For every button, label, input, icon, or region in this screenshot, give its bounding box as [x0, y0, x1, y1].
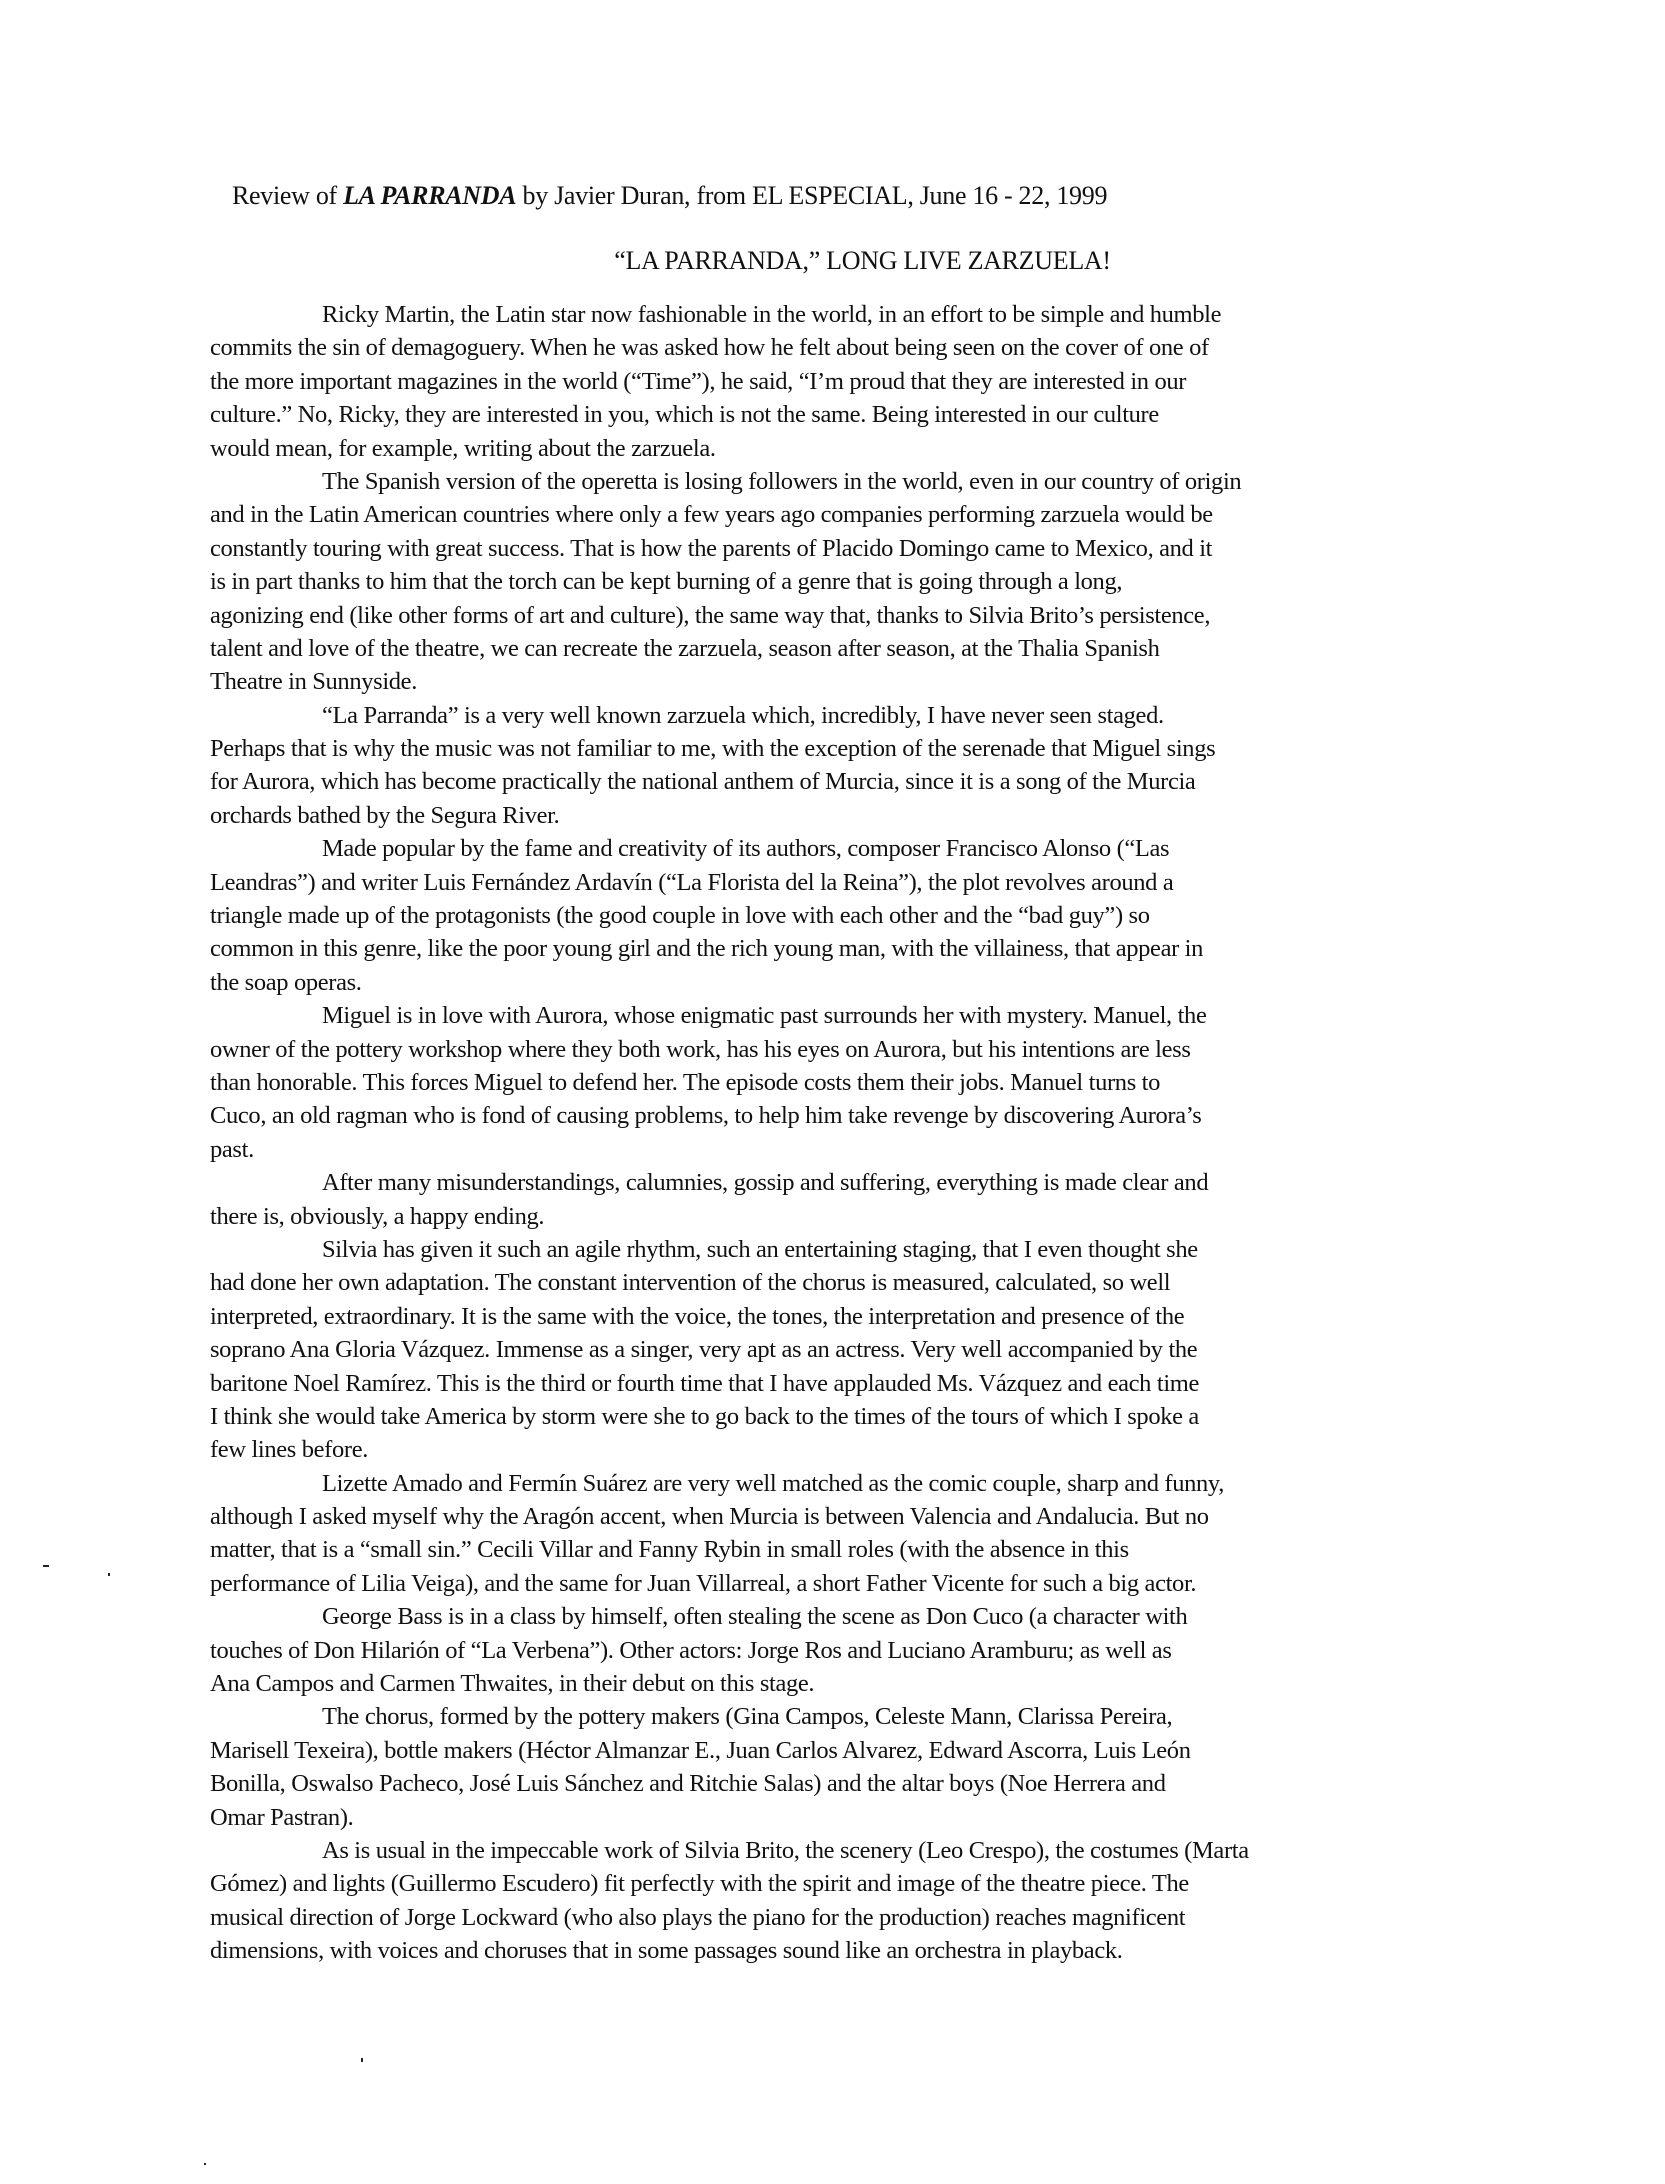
text-line: had done her own adaptation. The constan… [210, 1266, 1410, 1299]
source-suffix: by Javier Duran, from EL ESPECIAL, June … [516, 181, 1107, 210]
paragraph-4: Made popular by the fame and creativity … [210, 832, 1410, 999]
text-line: George Bass is in a class by himself, of… [210, 1600, 1410, 1633]
text-line: Made popular by the fame and creativity … [210, 832, 1410, 865]
text-line: matter, that is a “small sin.” Cecili Vi… [210, 1533, 1410, 1566]
paragraph-10: The chorus, formed by the pottery makers… [210, 1700, 1410, 1834]
text-line: few lines before. [210, 1433, 1410, 1466]
article-headline: “LA PARRANDA,” LONG LIVE ZARZUELA! [0, 246, 1665, 276]
text-line: The chorus, formed by the pottery makers… [210, 1700, 1410, 1733]
text-line: talent and love of the theatre, we can r… [210, 632, 1410, 665]
scanned-page: Review of LA PARRANDA by Javier Duran, f… [0, 0, 1665, 2184]
text-line: Omar Pastran). [210, 1801, 1410, 1834]
text-line: Cuco, an old ragman who is fond of causi… [210, 1099, 1410, 1132]
text-line: although I asked myself why the Aragón a… [210, 1500, 1410, 1533]
text-line: musical direction of Jorge Lockward (who… [210, 1901, 1410, 1934]
text-line: common in this genre, like the poor youn… [210, 932, 1410, 965]
text-line: Perhaps that is why the music was not fa… [210, 732, 1410, 765]
text-line: would mean, for example, writing about t… [210, 432, 1410, 465]
paragraph-8: Lizette Amado and Fermín Suárez are very… [210, 1467, 1410, 1601]
play-title: LA PARRANDA [343, 181, 516, 210]
text-line: constantly touring with great success. T… [210, 532, 1410, 565]
text-line: past. [210, 1133, 1410, 1166]
text-line: Leandras”) and writer Luis Fernández Ard… [210, 866, 1410, 899]
paragraph-6: After many misunderstandings, calumnies,… [210, 1166, 1410, 1233]
text-line: dimensions, with voices and choruses tha… [210, 1934, 1410, 1967]
scan-speck [361, 2058, 363, 2062]
paragraph-11: As is usual in the impeccable work of Si… [210, 1834, 1410, 1968]
paragraph-5: Miguel is in love with Aurora, whose eni… [210, 999, 1410, 1166]
text-line: soprano Ana Gloria Vázquez. Immense as a… [210, 1333, 1410, 1366]
text-line: the soap operas. [210, 966, 1410, 999]
text-line: for Aurora, which has become practically… [210, 765, 1410, 798]
scan-speck [43, 1565, 49, 1567]
text-line: Bonilla, Oswalso Pacheco, José Luis Sánc… [210, 1767, 1410, 1800]
text-line: Lizette Amado and Fermín Suárez are very… [210, 1467, 1410, 1500]
text-line: baritone Noel Ramírez. This is the third… [210, 1367, 1410, 1400]
scan-speck [108, 1573, 110, 1576]
source-prefix: Review of [232, 181, 343, 210]
paragraph-3: “La Parranda” is a very well known zarzu… [210, 699, 1410, 833]
text-line: The Spanish version of the operetta is l… [210, 465, 1410, 498]
text-line: Theatre in Sunnyside. [210, 665, 1410, 698]
text-line: Ricky Martin, the Latin star now fashion… [210, 298, 1410, 331]
paragraph-7: Silvia has given it such an agile rhythm… [210, 1233, 1410, 1467]
text-line: Ana Campos and Carmen Thwaites, in their… [210, 1667, 1410, 1700]
text-line: is in part thanks to him that the torch … [210, 565, 1410, 598]
text-line: Gómez) and lights (Guillermo Escudero) f… [210, 1867, 1410, 1900]
paragraph-2: The Spanish version of the operetta is l… [210, 465, 1410, 699]
text-line: After many misunderstandings, calumnies,… [210, 1166, 1410, 1199]
text-line: owner of the pottery workshop where they… [210, 1033, 1410, 1066]
text-line: culture.” No, Ricky, they are interested… [210, 398, 1410, 431]
text-line: I think she would take America by storm … [210, 1400, 1410, 1433]
scan-speck [204, 2163, 206, 2165]
paragraph-9: George Bass is in a class by himself, of… [210, 1600, 1410, 1700]
text-line: there is, obviously, a happy ending. [210, 1200, 1410, 1233]
text-line: agonizing end (like other forms of art a… [210, 599, 1410, 632]
paragraph-1: Ricky Martin, the Latin star now fashion… [210, 298, 1410, 465]
text-line: commits the sin of demagoguery. When he … [210, 331, 1410, 364]
text-line: and in the Latin American countries wher… [210, 498, 1410, 531]
text-line: As is usual in the impeccable work of Si… [210, 1834, 1410, 1867]
text-line: the more important magazines in the worl… [210, 365, 1410, 398]
text-line: touches of Don Hilarión of “La Verbena”)… [210, 1634, 1410, 1667]
review-source-line: Review of LA PARRANDA by Javier Duran, f… [232, 181, 1107, 211]
text-line: Silvia has given it such an agile rhythm… [210, 1233, 1410, 1266]
text-line: “La Parranda” is a very well known zarzu… [210, 699, 1410, 732]
text-line: interpreted, extraordinary. It is the sa… [210, 1300, 1410, 1333]
text-line: triangle made up of the protagonists (th… [210, 899, 1410, 932]
text-line: Miguel is in love with Aurora, whose eni… [210, 999, 1410, 1032]
article-body: Ricky Martin, the Latin star now fashion… [210, 298, 1410, 1968]
text-line: performance of Lilia Veiga), and the sam… [210, 1567, 1410, 1600]
text-line: than honorable. This forces Miguel to de… [210, 1066, 1410, 1099]
text-line: Marisell Texeira), bottle makers (Héctor… [210, 1734, 1410, 1767]
text-line: orchards bathed by the Segura River. [210, 799, 1410, 832]
